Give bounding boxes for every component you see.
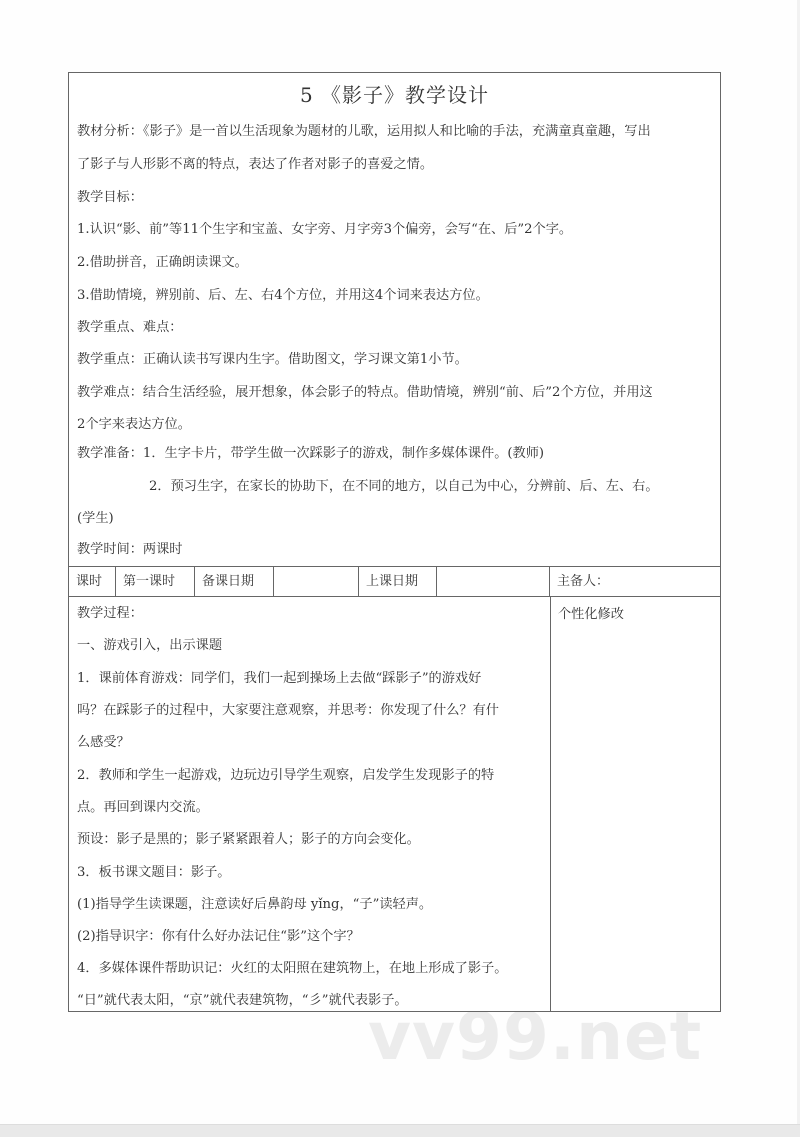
process-line: 点。再回到课内交流。 bbox=[77, 792, 209, 824]
process-line: 1．课前体育游戏：同学们，我们一起到操场上去做“踩影子”的游戏好 bbox=[77, 663, 481, 695]
prep-line-2: 2．预习生字，在家长的协助下，在不同的地方，以自己为中心，分辨前、后、左、右。 bbox=[149, 471, 710, 504]
prep-date-label: 备课日期 bbox=[195, 567, 274, 596]
teaching-process-column: 教学过程： 一、游戏引入，出示课题 1．课前体育游戏：同学们，我们一起到操场上去… bbox=[69, 597, 551, 1011]
process-line: 一、游戏引入，出示课题 bbox=[77, 630, 222, 662]
period-value: 第一课时 bbox=[116, 567, 195, 596]
goal-item-3: 3.借助情境，辨别前、后、左、右4个方位，并用这4个词来表达方位。 bbox=[77, 280, 710, 313]
personalized-notes-column[interactable]: 个性化修改 bbox=[550, 597, 720, 1011]
lesson-meta-row: 课时 第一课时 备课日期 上课日期 主备人： bbox=[69, 566, 720, 597]
document-title: 5 《影子》教学设计 bbox=[69, 79, 720, 108]
process-heading: 教学过程： bbox=[77, 598, 143, 630]
process-line: 4．多媒体课件帮助识记：火红的太阳照在建筑物上，在地上形成了影子。 bbox=[77, 953, 507, 985]
goal-item-1: 1.认识“影、前”等11个生字和宝盖、女字旁、月字旁3个偏旁，会写“在、后”2个… bbox=[77, 214, 710, 247]
notes-heading: 个性化修改 bbox=[558, 599, 624, 631]
page-bottom-bar bbox=[0, 1124, 800, 1137]
process-line: 2．教师和学生一起游戏，边玩边引导学生观察，启发学生发现影子的特 bbox=[77, 760, 494, 792]
process-line: 3．板书课文题目：影子。 bbox=[77, 857, 230, 889]
lead-preparer-label: 主备人： bbox=[550, 567, 720, 596]
analysis-line-2: 了影子与人形影不离的特点，表达了作者对影子的喜爱之情。 bbox=[77, 149, 710, 182]
key-point-text: 教学重点：正确认读书写课内生字。借助图文，学习课文第1小节。 bbox=[77, 344, 710, 377]
process-line: 么感受？ bbox=[77, 727, 130, 759]
process-line: (2)指导识字：你有什么好办法记住“影”这个字？ bbox=[77, 921, 360, 953]
process-line: 吗？在踩影子的过程中，大家要注意观察，并思考：你发现了什么？有什 bbox=[77, 695, 499, 727]
teaching-time: 教学时间：两课时 bbox=[77, 534, 710, 567]
class-date-label: 上课日期 bbox=[359, 567, 437, 596]
goals-heading: 教学目标： bbox=[77, 182, 710, 215]
lesson-body: 教学过程： 一、游戏引入，出示课题 1．课前体育游戏：同学们，我们一起到操场上去… bbox=[69, 597, 720, 1011]
lesson-overview-section: 5 《影子》教学设计 教材分析：《影子》是一首以生活现象为题材的儿歌，运用拟人和… bbox=[69, 73, 720, 566]
process-line: “日”就代表太阳，“京”就代表建筑物，“彡”就代表影子。 bbox=[77, 985, 408, 1017]
process-line: (1)指导学生读课题，注意读好后鼻韵母 yǐng，“子”读轻声。 bbox=[77, 889, 432, 921]
prep-date-field[interactable] bbox=[274, 567, 359, 596]
key-points-heading: 教学重点、难点： bbox=[77, 312, 710, 345]
prep-line-1: 教学准备：1．生字卡片，带学生做一次踩影子的游戏，制作多媒体课件。(教师) bbox=[77, 438, 710, 471]
prep-line-3: (学生) bbox=[77, 503, 710, 536]
period-label: 课时 bbox=[69, 567, 116, 596]
goal-item-2: 2.借助拼音，正确朗读课文。 bbox=[77, 247, 710, 280]
difficulty-line-1: 教学难点：结合生活经验，展开想象，体会影子的特点。借助情境，辨别“前、后”2个方… bbox=[77, 377, 710, 410]
lesson-plan-table: 5 《影子》教学设计 教材分析：《影子》是一首以生活现象为题材的儿歌，运用拟人和… bbox=[68, 72, 721, 1012]
difficulty-line-2: 2个字来表达方位。 bbox=[77, 409, 710, 442]
analysis-line-1: 教材分析：《影子》是一首以生活现象为题材的儿歌，运用拟人和比喻的手法，充满童真童… bbox=[77, 116, 710, 149]
process-line: 预设：影子是黑的；影子紧紧跟着人；影子的方向会变化。 bbox=[77, 824, 420, 856]
class-date-field[interactable] bbox=[437, 567, 550, 596]
